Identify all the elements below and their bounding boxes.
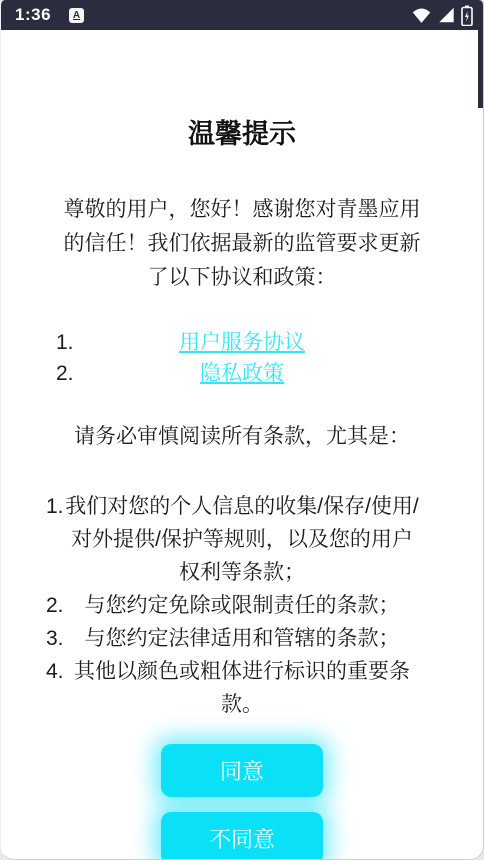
list-item: 2. 隐私政策 xyxy=(1,358,483,389)
list-item: 4. 其他以颜色或粗体进行标识的重要条款。 xyxy=(1,655,483,721)
phone-screen: 1:36 A 温馨提示 xyxy=(0,0,484,860)
list-number: 1. xyxy=(46,490,64,523)
list-item: 1. 我们对您的个人信息的收集/保存/使用/对外提供/保护等规则，以及您的用户权… xyxy=(1,490,483,589)
list-number: 3. xyxy=(46,622,64,655)
list-number: 4. xyxy=(46,655,64,688)
cellular-signal-icon xyxy=(437,6,456,24)
status-bar: 1:36 A xyxy=(1,0,483,30)
term-text: 与您约定免除或限制责任的条款； xyxy=(85,594,400,617)
consent-dialog: 温馨提示 尊敬的用户，您好！感谢您对青墨应用的信任！我们依据最新的监管要求更新了… xyxy=(1,30,483,860)
notification-app-icon: A xyxy=(69,8,84,23)
battery-charging-icon xyxy=(461,5,473,26)
terms-list: 1. 我们对您的个人信息的收集/保存/使用/对外提供/保护等规则，以及您的用户权… xyxy=(1,490,483,721)
scrollbar[interactable] xyxy=(478,30,483,108)
page-title: 温馨提示 xyxy=(1,112,483,151)
notice-text: 请务必审慎阅读所有条款，尤其是： xyxy=(1,420,483,450)
user-service-agreement-link[interactable]: 用户服务协议 xyxy=(179,331,305,354)
intro-text: 尊敬的用户，您好！感谢您对青墨应用的信任！我们依据最新的监管要求更新了以下协议和… xyxy=(54,193,430,295)
list-item: 1. 用户服务协议 xyxy=(1,327,483,358)
disagree-button[interactable]: 不同意 xyxy=(161,812,323,860)
term-text: 其他以颜色或粗体进行标识的重要条款。 xyxy=(74,660,410,716)
list-item: 2. 与您约定免除或限制责任的条款； xyxy=(1,589,483,622)
button-stack: 同意 不同意 xyxy=(1,744,483,860)
list-number: 2. xyxy=(56,358,74,389)
list-item: 3. 与您约定法律适用和管辖的条款； xyxy=(1,622,483,655)
wifi-icon xyxy=(411,6,432,24)
term-text: 与您约定法律适用和管辖的条款； xyxy=(85,627,400,650)
agree-button[interactable]: 同意 xyxy=(161,744,323,797)
status-time: 1:36 xyxy=(15,5,51,25)
list-number: 1. xyxy=(56,327,74,358)
privacy-policy-link[interactable]: 隐私政策 xyxy=(200,362,284,385)
list-number: 2. xyxy=(46,589,64,622)
status-icons xyxy=(411,5,473,26)
term-text: 我们对您的个人信息的收集/保存/使用/对外提供/保护等规则，以及您的用户权利等条… xyxy=(65,495,419,584)
agreement-list: 1. 用户服务协议 2. 隐私政策 xyxy=(1,327,483,389)
